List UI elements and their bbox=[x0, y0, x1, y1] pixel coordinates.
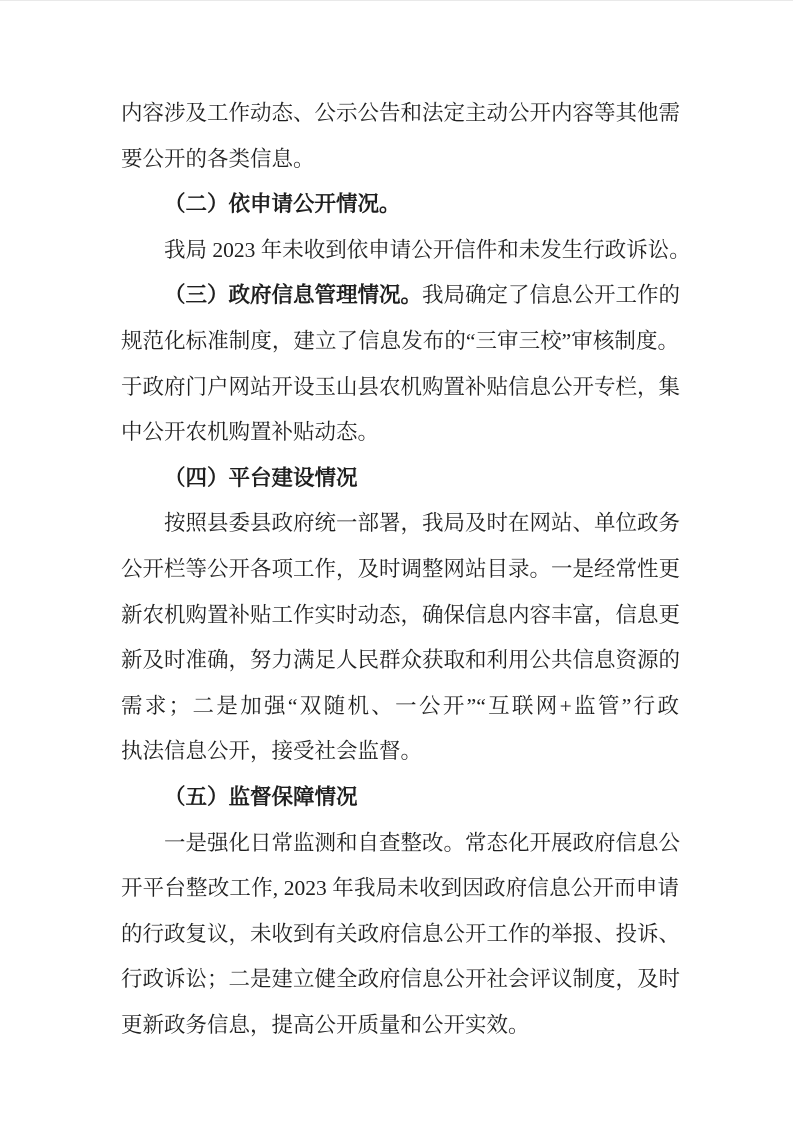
text-line: 新农机购置补贴工作实时动态，确保信息内容丰富，信息更 bbox=[121, 593, 679, 639]
text-line: 按照县委县政府统一部署，我局及时在网站、单位政务 bbox=[121, 501, 679, 547]
text-line: 于政府门户网站开设玉山县农机购置补贴信息公开专栏，集 bbox=[121, 365, 679, 411]
document-text-body: 内容涉及工作动态、公示公告和法定主动公开内容等其他需 要公开的各类信息。 （二）… bbox=[121, 91, 679, 1048]
text-run: 我局确定了信息公开工作的 bbox=[422, 283, 680, 307]
page-top-edge bbox=[0, 0, 793, 1]
text-line: 需求；二是加强“双随机、一公开”“互联网+监管”行政 bbox=[121, 684, 679, 730]
text-line: （三）政府信息管理情况。我局确定了信息公开工作的 bbox=[121, 273, 679, 319]
text-line: 一是强化日常监测和自查整改。常态化开展政府信息公 bbox=[121, 821, 679, 867]
text-line: 开平台整改工作, 2023 年我局未收到因政府信息公开而申请 bbox=[121, 866, 679, 912]
text-line: 更新政务信息，提高公开质量和公开实效。 bbox=[121, 1003, 679, 1049]
section-heading: （四）平台建设情况 bbox=[121, 456, 679, 502]
section-heading: （五）监督保障情况 bbox=[121, 775, 679, 821]
text-line: 新及时准确，努力满足人民群众获取和利用公共信息资源的 bbox=[121, 638, 679, 684]
text-line: 中公开农机购置补贴动态。 bbox=[121, 410, 679, 456]
text-line: 执法信息公开，接受社会监督。 bbox=[121, 729, 679, 775]
text-line: 行政诉讼；二是建立健全政府信息公开社会评议制度，及时 bbox=[121, 957, 679, 1003]
section-heading-inline: （三）政府信息管理情况。 bbox=[164, 283, 422, 307]
text-line: 要公开的各类信息。 bbox=[121, 137, 679, 183]
text-line: 我局 2023 年未收到依申请公开信件和未发生行政诉讼。 bbox=[121, 228, 679, 274]
text-line: 公开栏等公开各项工作，及时调整网站目录。一是经常性更 bbox=[121, 547, 679, 593]
text-line: 的行政复议，未收到有关政府信息公开工作的举报、投诉、 bbox=[121, 912, 679, 958]
section-heading: （二）依申请公开情况。 bbox=[121, 182, 679, 228]
document-page: 内容涉及工作动态、公示公告和法定主动公开内容等其他需 要公开的各类信息。 （二）… bbox=[0, 0, 793, 1122]
text-line: 规范化标准制度，建立了信息发布的“三审三校”审核制度。 bbox=[121, 319, 679, 365]
text-line: 内容涉及工作动态、公示公告和法定主动公开内容等其他需 bbox=[121, 91, 679, 137]
